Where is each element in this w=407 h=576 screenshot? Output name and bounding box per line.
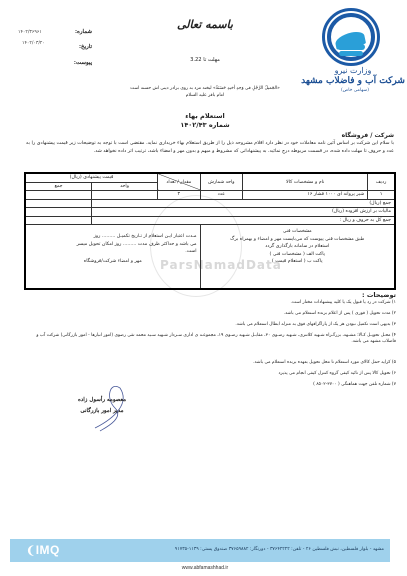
- water-company-logo-icon: [322, 8, 380, 66]
- letter-number-label: شماره:: [74, 29, 92, 35]
- page-title: استعلام بهاء: [150, 112, 260, 120]
- tech-specs-cell: مشخصات فنی طبق مشخصات فنی پیوست که می‌با…: [200, 225, 395, 290]
- tech-specs-package-b: پاکت ب ( استعلام قیمت ): [204, 258, 391, 266]
- inquiry-number: شماره ۱۴۰۲/۴۳: [150, 121, 260, 129]
- note-item: ۱) شرکت در رد یا قبول یک یا کلیه پیشنهاد…: [60, 300, 396, 306]
- grand-total-label-text: جمع کل به حروف و ریال :: [340, 218, 392, 223]
- sum-field[interactable]: [25, 199, 92, 208]
- letter-date-value: ۱۴۰۲/۰۳/۲۰: [22, 41, 45, 46]
- total-price-field[interactable]: [25, 191, 92, 200]
- vat-label-text: مالیات بر ارزش افزوده (ریال): [332, 209, 391, 214]
- vat-field[interactable]: [25, 208, 92, 217]
- note-item: ۳) بدیهی است تکمیل نبودن هر یک از پاراگر…: [60, 322, 396, 328]
- item-name: شیر پروانه ای ۱۰۰۰ فشار ۱۶: [243, 191, 368, 200]
- note-item: ۴) محـل تحویـل کـالا: مشـهد، بزرگـراه شـ…: [24, 333, 396, 345]
- inquiry-table: ردیف نام و مشخصات کالا واحد شمارش مقدار …: [24, 172, 396, 290]
- validity-line2: می باشد و حداکثر ظرف مدت ......... روز ا…: [29, 241, 197, 249]
- header-row-number: ردیف: [368, 173, 395, 191]
- item-quantity: ۳: [158, 191, 201, 200]
- signer-name: معصومه رأسول زاده: [62, 397, 142, 403]
- letter-number-value: ۱۴۰۲/۳۶۹۶۱: [18, 30, 42, 35]
- signer-title: مدیر امور بازرگانی: [62, 408, 142, 414]
- intro-paragraph: با سلام این شرکت بر اساس آئین نامه معامل…: [26, 140, 394, 156]
- imq-logo: ❨IMQ: [26, 543, 60, 557]
- company-stamp-label: مهر و امضاء شرکت/فروشگاه: [29, 258, 197, 266]
- row-number: ۱: [368, 191, 395, 200]
- recipient-label: شرکت / فروشگاه: [300, 132, 394, 139]
- imq-brand-text: IMQ: [36, 543, 60, 557]
- tech-specs-line2: استعلام در سامانه بارگذاری گردد: [204, 243, 391, 251]
- header-item-name: نام و مشخصات کالا: [243, 173, 368, 191]
- sum-label-text: جمع (ریال): [369, 201, 391, 206]
- header-proposed-price: قیمت پیشنهادی (ریال): [25, 173, 158, 182]
- validity-line1: مـدت اعتبار ایـن استعلام از تـاریخ تکمیـ…: [29, 233, 197, 241]
- item-unit: عدد: [200, 191, 243, 200]
- quote-text: «الجَمیلُ الرَّجُلِ فی وَجهِ أخیهِ حَسَن…: [110, 86, 300, 92]
- note-item: ۲) مدت تحویل ( فوری ) پس از اعلام برنده …: [60, 311, 396, 317]
- notes-title: توضیحات :: [330, 291, 396, 299]
- note-item: ۶) تحویل کالا پس از تائید کیفی گروه کنتر…: [60, 371, 396, 377]
- header-unit-price: واحد: [92, 182, 158, 191]
- tech-specs-title: مشخصات فنی: [204, 228, 391, 236]
- sum-label: جمع (ریال): [92, 199, 395, 208]
- table-row: ۱ شیر پروانه ای ۱۰۰۰ فشار ۱۶ عدد ۳: [25, 191, 395, 200]
- logo-company-type: (سهامی خاص): [330, 88, 380, 93]
- vat-label: مالیات بر ارزش افزوده (ریال): [92, 208, 395, 217]
- validity-cell: مـدت اعتبار ایـن استعلام از تـاریخ تکمیـ…: [25, 225, 200, 290]
- tech-specs-package-a: پاکت الف ( مشخصات فنی ): [204, 251, 391, 259]
- attachment-label: پیوست:: [68, 60, 92, 66]
- validity-line3: است.: [29, 248, 197, 256]
- grand-total-label: جمع کل به حروف و ریال :: [92, 216, 395, 225]
- footer-address: مشهد - بلوار فلسطین، نبش فلسطین ۲۶ - تلف…: [112, 547, 384, 552]
- footer-website-link[interactable]: www.abfamashhad.ir: [150, 565, 260, 571]
- letter-date-label: تاریخ:: [74, 44, 92, 50]
- tech-specs-line1: طبق مشخصات فنی پیوست که می‌بایست مهر و ا…: [204, 236, 391, 244]
- logo-ministry-text: وزارت نیرو: [318, 66, 388, 75]
- imq-wing-icon: ❨: [26, 545, 36, 557]
- grand-total-field[interactable]: [25, 216, 92, 225]
- header-unit: واحد شمارش: [200, 173, 243, 191]
- header-quantity: مقدار / تعداد: [158, 173, 201, 191]
- header-total: جمع: [25, 182, 92, 191]
- unit-price-field[interactable]: [92, 191, 158, 200]
- note-item: ۵) کرایه حمل کالای مورد استعلام تا محل ت…: [60, 360, 396, 366]
- basmala: باسمه تعالی: [160, 18, 250, 31]
- deadline-text: مهلت تا 3.22: [170, 57, 240, 63]
- quote-attribution: امام باقر علیه السلام: [150, 93, 260, 99]
- logo-company-name: شرکت آب و فاضلاب مشهد: [300, 76, 406, 86]
